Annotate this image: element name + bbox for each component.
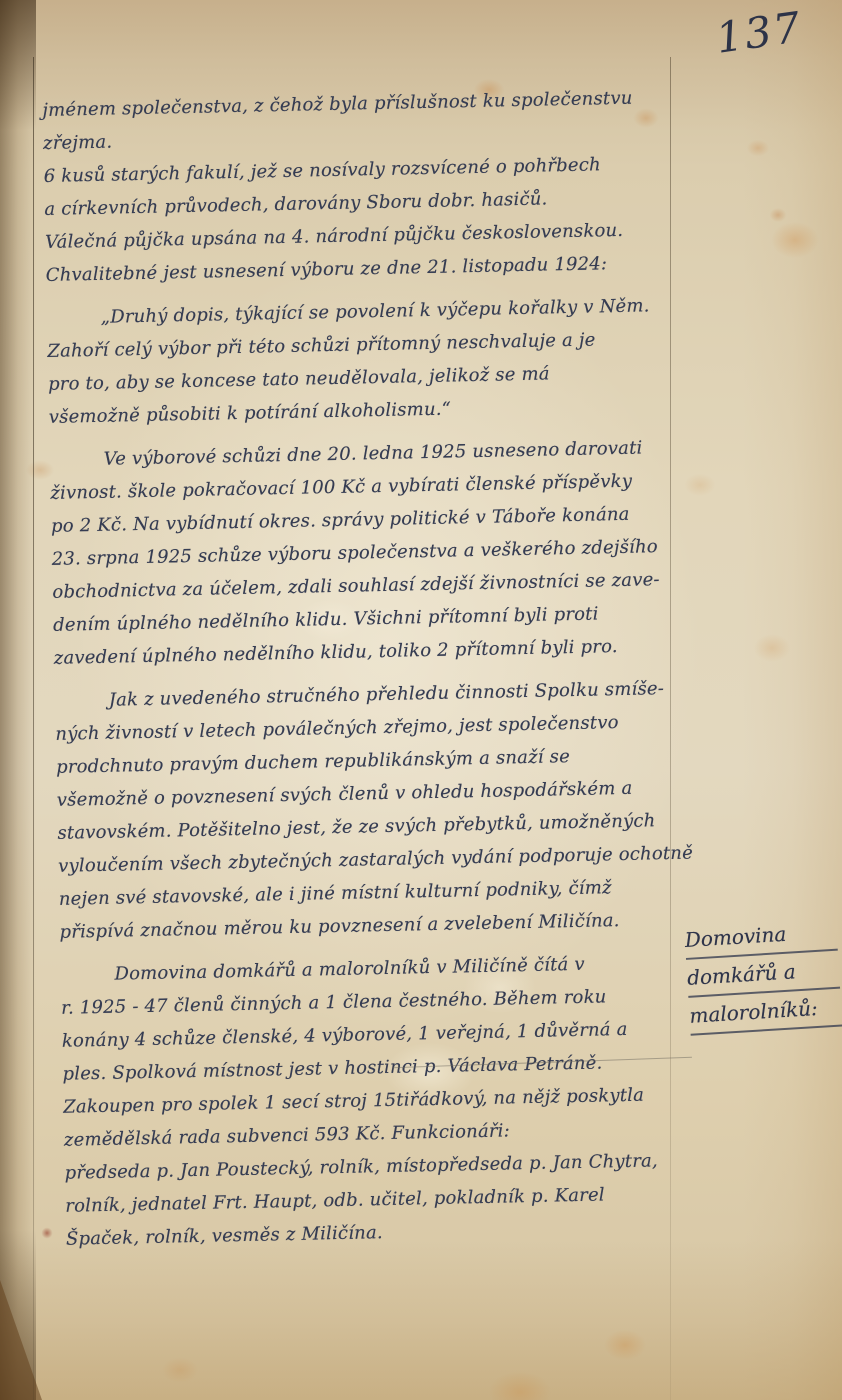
- manuscript-text: jménem společenstva, z čehož byla příslu…: [42, 81, 706, 1256]
- margin-note-line: Domovina: [684, 917, 838, 960]
- page-number: 137: [713, 2, 805, 63]
- margin-note-line: domkářů a: [686, 955, 840, 998]
- margin-rule-left: [33, 57, 34, 1400]
- margin-note: Domovinadomkářů amalorolníků:: [684, 917, 842, 1040]
- manuscript-page: 137 jménem společenstva, z čehož byla př…: [0, 0, 842, 1400]
- margin-note-line: malorolníků:: [689, 993, 842, 1036]
- binding-edge-shadow: [0, 0, 36, 1400]
- page-corner-shadow: [0, 1280, 60, 1400]
